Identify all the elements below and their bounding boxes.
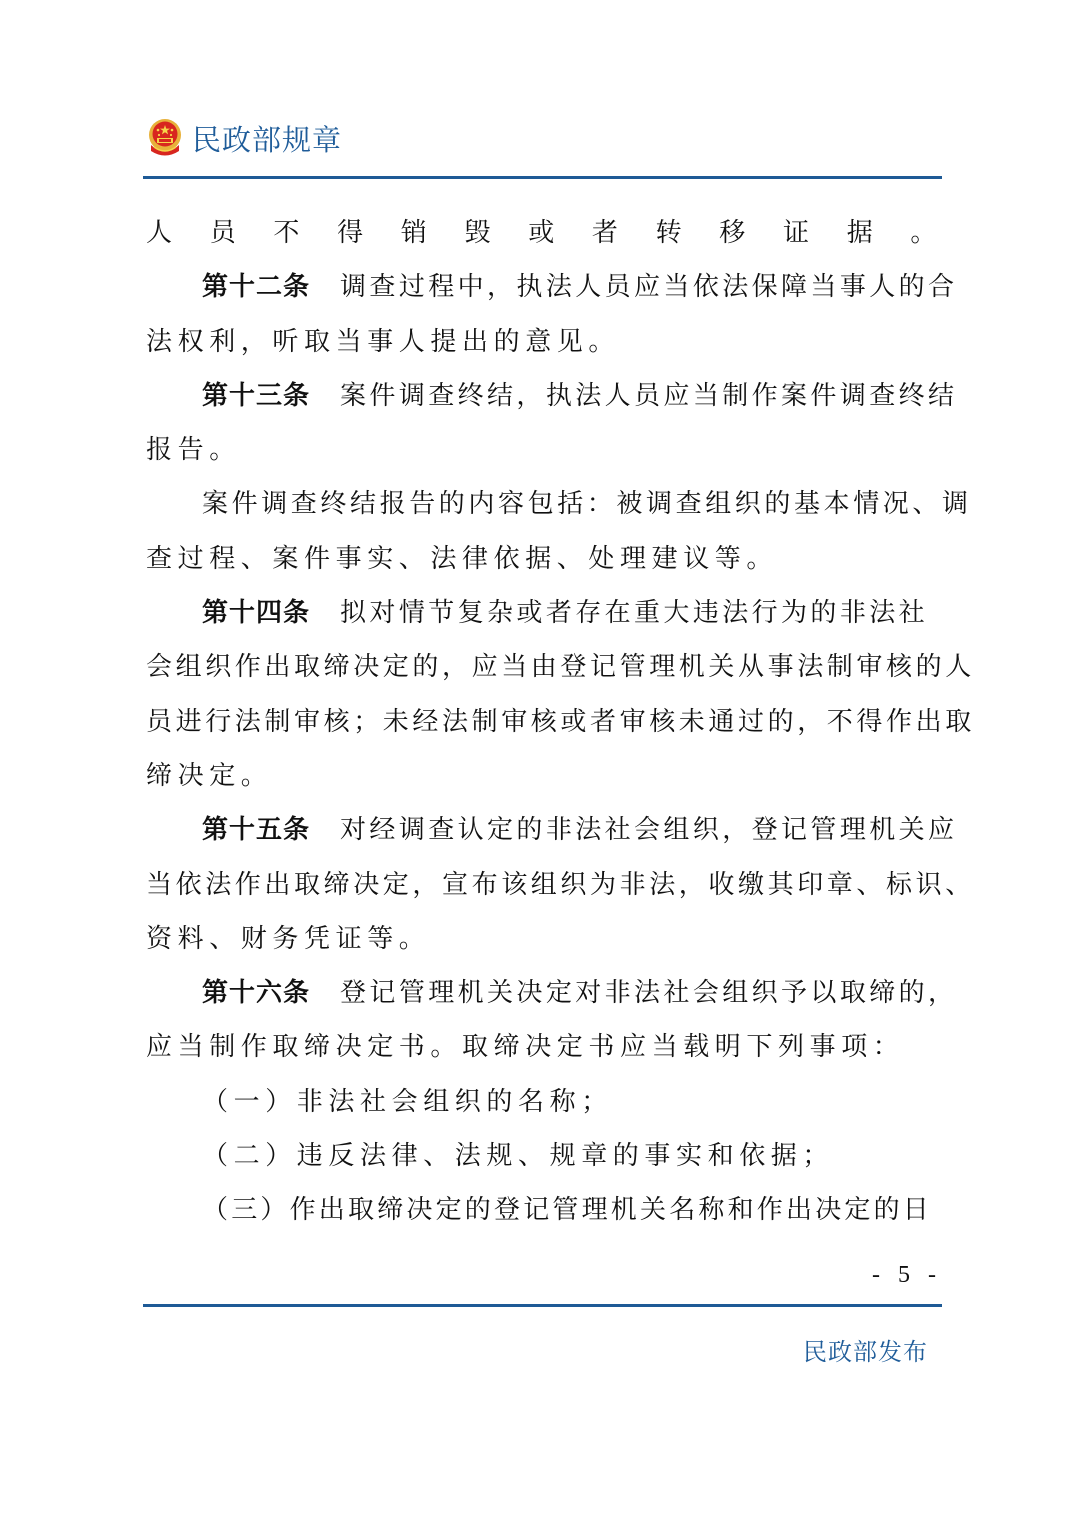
line-text: （二）违反法律、法规、规章的事实和依据；: [202, 1141, 834, 1171]
list-item: （三）作出取缔决定的登记管理机关名称和作出决定的日: [146, 1183, 942, 1237]
line-text: 资料、财务凭证等。: [146, 924, 430, 954]
line-text: 应当制作取缔决定书。取缔决定书应当载明下列事项：: [146, 1032, 904, 1062]
list-item: （二）违反法律、法规、规章的事实和依据；: [146, 1129, 942, 1183]
line-text: 案件调查终结报告的内容包括：被调查组织的基本情况、调: [202, 489, 972, 519]
header-title: 民政部规章: [192, 118, 342, 159]
page-number: - 5 -: [872, 1262, 942, 1289]
line-text: 登记管理机关决定对非法社会组织予以取缔的，: [340, 978, 957, 1008]
line-text: 拟对情节复杂或者存在重大违法行为的非法社: [340, 598, 928, 628]
text-line: 资料、财务凭证等。: [146, 912, 942, 966]
publisher-label: 民政部发布: [803, 1332, 928, 1367]
line-text: （三）作出取缔决定的登记管理机关名称和作出决定的日: [202, 1195, 932, 1225]
text-line: 员进行法制审核；未经法制审核或者审核未通过的，不得作出取: [146, 695, 942, 749]
line-text: 案件调查终结，执法人员应当制作案件调查终结: [340, 381, 957, 411]
line-text: 会组织作出取缔决定的，应当由登记管理机关从事法制审核的人: [146, 652, 975, 682]
footer-divider: [143, 1304, 942, 1307]
text-line: 会组织作出取缔决定的，应当由登记管理机关从事法制审核的人: [146, 640, 942, 694]
text-line: 当依法作出取缔决定，宣布该组织为非法，收缴其印章、标识、: [146, 858, 942, 912]
document-body: 人员不得销毁或者转移证据。 第十二条调查过程中，执法人员应当依法保障当事人的合 …: [146, 206, 942, 1238]
article-number: 第十五条: [202, 815, 310, 845]
article-number: 第十六条: [202, 978, 310, 1008]
text-line: 报告。: [146, 423, 942, 477]
line-text: 查过程、案件事实、法律依据、处理建议等。: [146, 544, 778, 574]
article-13-line: 第十三条案件调查终结，执法人员应当制作案件调查终结: [146, 369, 942, 423]
article-number: 第十二条: [202, 272, 310, 302]
article-number: 第十四条: [202, 598, 310, 628]
line-text: （一）非法社会组织的名称；: [202, 1087, 613, 1117]
paragraph-line: 案件调查终结报告的内容包括：被调查组织的基本情况、调: [146, 477, 942, 531]
line-text: 人员不得销毁或者转移证据。: [146, 218, 942, 248]
text-line: 应当制作取缔决定书。取缔决定书应当载明下列事项：: [146, 1020, 942, 1074]
line-text: 法权利，听取当事人提出的意见。: [146, 327, 620, 357]
national-emblem-icon: [146, 118, 184, 158]
article-12-line: 第十二条调查过程中，执法人员应当依法保障当事人的合: [146, 260, 942, 314]
text-line: 人员不得销毁或者转移证据。: [146, 206, 942, 260]
list-item: （一）非法社会组织的名称；: [146, 1075, 942, 1129]
header-divider: [143, 176, 942, 179]
page-header: 民政部规章: [146, 116, 342, 160]
line-text: 缔决定。: [146, 761, 272, 791]
text-line: 法权利，听取当事人提出的意见。: [146, 315, 942, 369]
text-line: 缔决定。: [146, 749, 942, 803]
article-15-line: 第十五条对经调查认定的非法社会组织，登记管理机关应: [146, 803, 942, 857]
article-14-line: 第十四条拟对情节复杂或者存在重大违法行为的非法社: [146, 586, 942, 640]
article-16-line: 第十六条登记管理机关决定对非法社会组织予以取缔的，: [146, 966, 942, 1020]
line-text: 报告。: [146, 435, 241, 465]
text-line: 查过程、案件事实、法律依据、处理建议等。: [146, 532, 942, 586]
line-text: 当依法作出取缔决定，宣布该组织为非法，收缴其印章、标识、: [146, 870, 975, 900]
line-text: 调查过程中，执法人员应当依法保障当事人的合: [340, 272, 957, 302]
line-text: 员进行法制审核；未经法制审核或者审核未通过的，不得作出取: [146, 707, 975, 737]
article-number: 第十三条: [202, 381, 310, 411]
line-text: 对经调查认定的非法社会组织，登记管理机关应: [340, 815, 957, 845]
